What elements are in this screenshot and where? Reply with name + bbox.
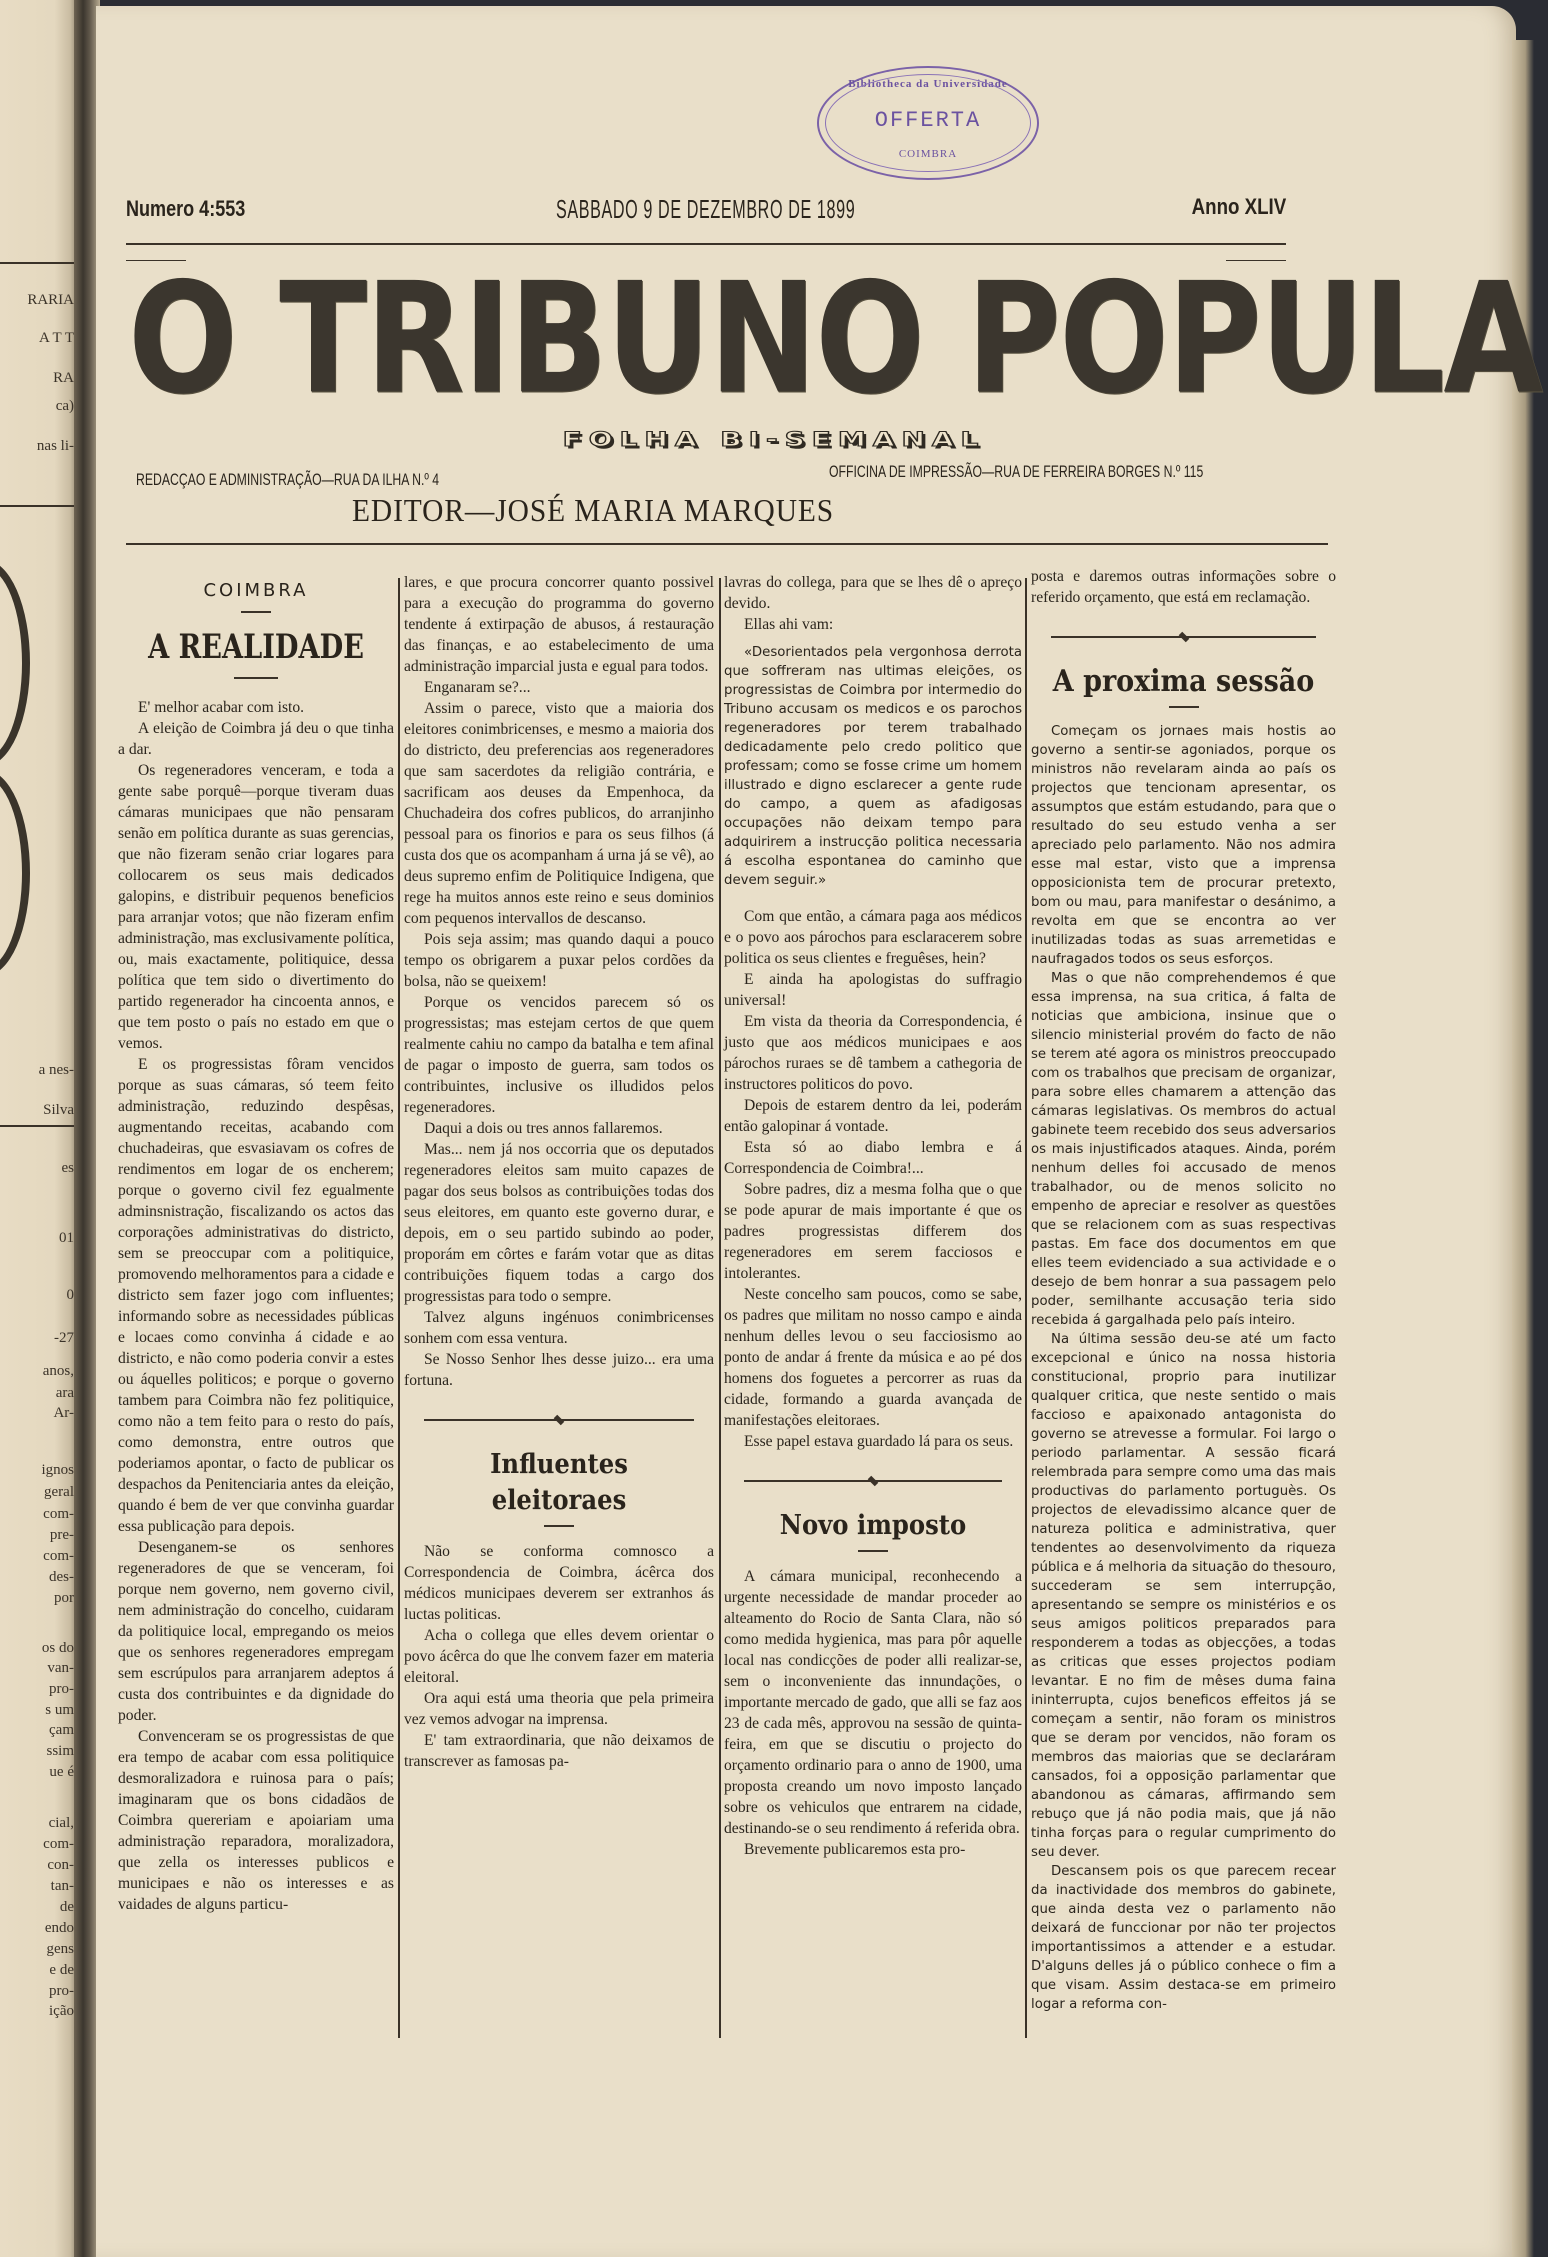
column-separator — [719, 578, 721, 2038]
adjacent-page-text: geral — [44, 1484, 74, 1501]
adjacent-page-text: ssim — [46, 1743, 74, 1760]
adjacent-page-text: pro- — [49, 1983, 74, 2000]
article-headline: Influentes eleitoraes — [420, 1447, 699, 1519]
quoted-passage: «Desorientados pela vergonhosa derrota q… — [724, 643, 1022, 890]
article-paragraph: Daqui a dois ou tres annos fallaremos. — [404, 1118, 714, 1139]
article-headline: Novo imposto — [739, 1508, 1007, 1544]
article-paragraph: posta e daremos outras informações sobre… — [1031, 566, 1336, 608]
article-paragraph: Não se conforma comnosco a Correspondenc… — [404, 1541, 714, 1625]
adjacent-page-text: A T T — [39, 330, 74, 347]
article-paragraph: Depois de estarem dentro da lei, poderám… — [724, 1095, 1022, 1137]
adjacent-page-text: des- — [49, 1569, 74, 1586]
divider-dash — [234, 677, 278, 679]
issue-info-row: Numero 4:553 SABBADO 9 DE DEZEMBRO DE 18… — [126, 190, 1286, 230]
adjacent-page-text: com- — [43, 1548, 74, 1565]
adjacent-page-circle-ornament — [0, 560, 30, 766]
library-stamp: Bibliotheca da Universidade OFFERTA COIM… — [817, 66, 1039, 180]
adjacent-page-text: anos, — [43, 1363, 74, 1380]
adjacent-page-text: gens — [47, 1941, 75, 1958]
article-paragraph: Os regeneradores venceram, e toda a gent… — [118, 760, 394, 1054]
article-paragraph: Sobre padres, diz a mesma folha que o qu… — [724, 1179, 1022, 1284]
column-4: posta e daremos outras informações sobre… — [1031, 566, 1336, 2014]
column-2: lares, e que procura concorrer quanto po… — [404, 572, 714, 1772]
adjacent-page-text: com- — [43, 1836, 74, 1853]
column-separator — [398, 578, 400, 2038]
adjacent-page-text: ca) — [56, 398, 74, 415]
officina-address: OFFICINA DE IMPRESSÃO—RUA DE FERREIRA BO… — [829, 462, 1203, 482]
adjacent-page-text: por — [54, 1590, 74, 1607]
issue-year: Anno XLIV — [1191, 194, 1286, 220]
adjacent-page-text: tan- — [51, 1878, 74, 1895]
article-paragraph: lavras do collega, para que se lhes dê o… — [724, 572, 1022, 614]
article-paragraph: Mas o que não comprehendemos é que essa … — [1031, 969, 1336, 1330]
adjacent-page-rule — [0, 1125, 74, 1127]
adjacent-page-text: 01 — [59, 1230, 74, 1247]
divider-dash — [1169, 706, 1199, 708]
masthead-subtitle: FOLHA BI-SEMANAL — [0, 423, 1548, 456]
adjacent-page-text: a nes- — [39, 1062, 74, 1079]
article-paragraph: Se Nosso Senhor lhes desse juizo... era … — [404, 1349, 714, 1391]
article-paragraph: Desenganem-se os senhores regeneradores … — [118, 1537, 394, 1726]
issue-number: Numero 4:553 — [126, 196, 245, 222]
article-paragraph: Neste concelho sam poucos, como se sabe,… — [724, 1284, 1022, 1431]
stamp-middle-text: OFFERTA — [819, 108, 1037, 133]
article-paragraph: A eleição de Coimbra já deu o que tinha … — [118, 718, 394, 760]
article-paragraph: A cámara municipal, reconhecendo a urgen… — [724, 1566, 1022, 1839]
article-paragraph: E ainda ha apologistas do suffragio univ… — [724, 969, 1022, 1011]
section-ornament — [1051, 630, 1316, 644]
article-paragraph: Na última sessão deu-se até um facto exc… — [1031, 1330, 1336, 1862]
column-3: lavras do collega, para que se lhes dê o… — [724, 572, 1022, 1860]
article-paragraph: Acha o collega que elles devem orientar … — [404, 1625, 714, 1688]
adjacent-page-text: van- — [47, 1660, 74, 1677]
article-headline: A proxima sessão — [1046, 664, 1321, 700]
article-paragraph: Mas... nem já nos occorria que os deputa… — [404, 1139, 714, 1307]
adjacent-page-text: RARIA — [27, 292, 74, 309]
adjacent-page-text: e de — [49, 1962, 74, 1979]
article-paragraph: Pois seja assim; mas quando daqui a pouc… — [404, 929, 714, 992]
article-paragraph: lares, e que procura concorrer quanto po… — [404, 572, 714, 677]
divider-dash — [241, 611, 271, 613]
adjacent-page-text: com- — [43, 1506, 74, 1523]
section-ornament — [744, 1474, 1002, 1488]
adjacent-page-text: endo — [45, 1920, 74, 1937]
article-paragraph: E' melhor acabar com isto. — [118, 697, 394, 718]
header-rule — [126, 243, 1286, 245]
adjacent-page-rule — [0, 505, 74, 507]
subtitle-text: FOLHA BI-SEMANAL — [563, 428, 986, 451]
article-paragraph: Começam os jornaes mais hostis ao govern… — [1031, 722, 1336, 969]
article-paragraph: Ora aqui está uma theoria que pela prime… — [404, 1688, 714, 1730]
adjacent-page-text: cial, — [49, 1815, 74, 1832]
article-paragraph: Ellas ahi vam: — [724, 614, 1022, 635]
article-paragraph: Convenceram se os progressistas de que e… — [118, 1726, 394, 1915]
adjacent-page-text: 0 — [67, 1287, 75, 1304]
adjacent-page-text: s um — [45, 1702, 74, 1719]
section-label: COIMBRA — [118, 580, 394, 601]
article-paragraph: Com que então, a cámara paga aos médicos… — [724, 906, 1022, 969]
divider-dash — [544, 1525, 574, 1527]
article-headline: A REALIDADE — [146, 627, 367, 667]
article-paragraph: Porque os vencidos parecem só os progres… — [404, 992, 714, 1118]
column-1: COIMBRA A REALIDADE E' melhor acabar com… — [118, 572, 394, 1915]
section-ornament — [424, 1413, 694, 1427]
redaccao-address: REDACÇAO E ADMINISTRAÇÃO—RUA DA ILHA N.º… — [136, 470, 439, 490]
adjacent-page-rule — [0, 262, 74, 264]
article-paragraph: E os progressistas fôram vencidos porque… — [118, 1054, 394, 1537]
article-paragraph: Esta só ao diabo lembra e á Corresponden… — [724, 1137, 1022, 1179]
adjacent-page-text: os do — [42, 1640, 74, 1657]
adjacent-page-circle-ornament — [0, 770, 30, 976]
article-paragraph: Talvez alguns ingénuos conimbricenses so… — [404, 1307, 714, 1349]
divider-dash — [858, 1550, 888, 1552]
article-paragraph: Brevemente publicaremos esta pro- — [724, 1839, 1022, 1860]
adjacent-page-text: de — [60, 1899, 74, 1916]
adjacent-page: RARIAA T TRAca)nas li-a nes-Silvaes010-2… — [0, 0, 78, 2257]
article-paragraph: Descansem pois os que parecem recear da … — [1031, 1862, 1336, 2014]
article-paragraph: Em vista da theoria da Correspondencia, … — [724, 1011, 1022, 1095]
issue-date: SABBADO 9 DE DEZEMBRO DE 1899 — [556, 194, 855, 225]
adjacent-page-text: Silva — [43, 1102, 74, 1119]
stamp-bottom-text: COIMBRA — [819, 148, 1037, 160]
article-paragraph: Assim o parece, visto que a maioria dos … — [404, 698, 714, 929]
adjacent-page-text: -27 — [54, 1330, 74, 1347]
masthead-bottom-rule — [126, 543, 1328, 545]
editor-line: EDITOR—JOSÉ MARIA MARQUES — [352, 492, 834, 529]
column-separator — [1025, 578, 1027, 2038]
article-paragraph: Esse papel estava guardado lá para os se… — [724, 1431, 1022, 1452]
article-paragraph: Enganaram se?... — [404, 677, 714, 698]
adjacent-page-text: es — [62, 1160, 75, 1177]
adjacent-page-text: pro- — [49, 1681, 74, 1698]
adjacent-page-text: pre- — [50, 1527, 74, 1544]
adjacent-page-text: ição — [49, 2003, 74, 2020]
stamp-top-text: Bibliotheca da Universidade — [819, 78, 1037, 90]
adjacent-page-text: con- — [47, 1857, 74, 1874]
masthead-title: O TRIBUNO POPULAR — [128, 268, 1126, 411]
adjacent-page-text: ara — [56, 1385, 74, 1402]
adjacent-page-text: ue é — [49, 1764, 74, 1781]
adjacent-page-text: ignos — [41, 1462, 74, 1479]
article-paragraph: E' tam extraordinaria, que não deixamos … — [404, 1730, 714, 1772]
adjacent-page-text: çam — [49, 1722, 74, 1739]
adjacent-page-text: Ar- — [53, 1405, 74, 1422]
adjacent-page-text: RA — [53, 370, 74, 387]
